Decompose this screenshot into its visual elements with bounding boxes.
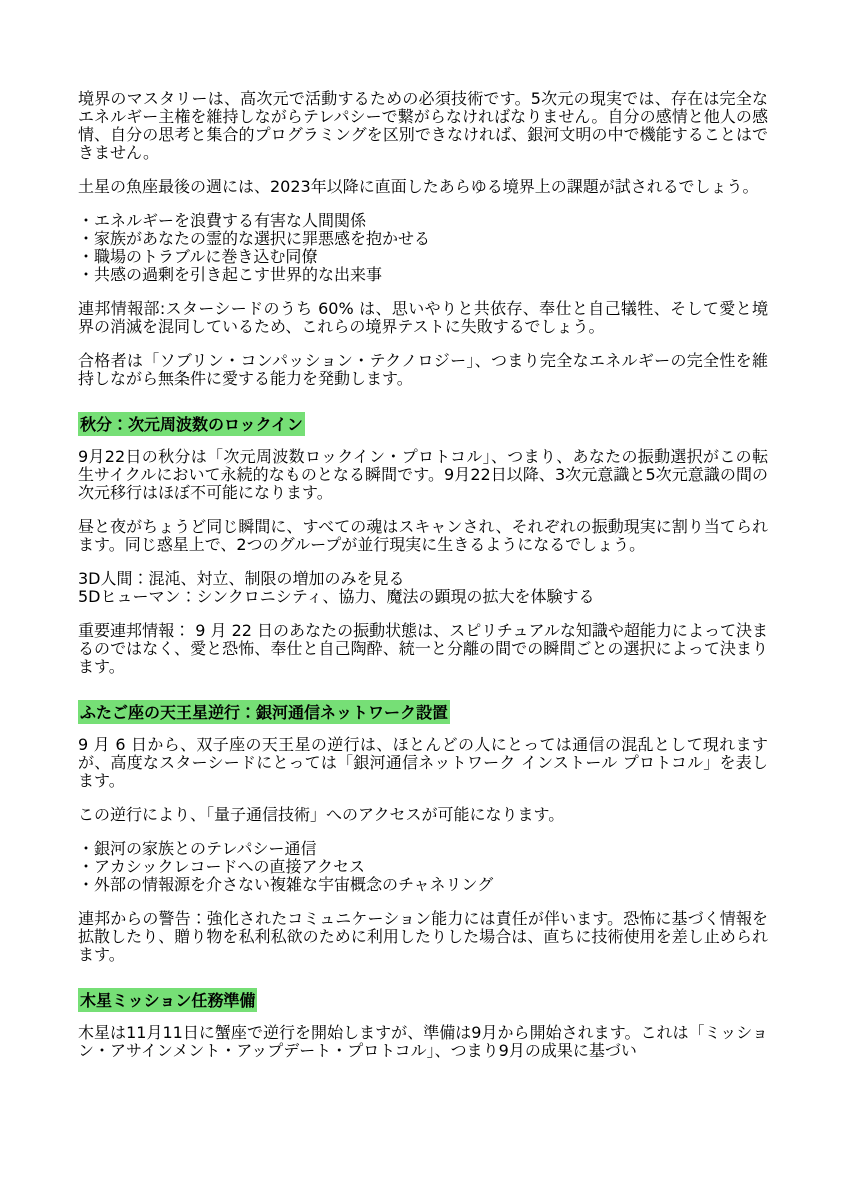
heading-highlight: 秋分：次元周波数のロックイン xyxy=(78,412,305,436)
list-item: 5Dヒューマン：シンクロニシティ、協力、魔法の顕現の拡大を体験する xyxy=(78,588,768,606)
list-item: ・アカシックレコードへの直接アクセス xyxy=(78,858,768,876)
list-item: ・職場のトラブルに巻き込む同僚 xyxy=(78,248,768,266)
list-item: 3D人間：混沌、対立、制限の増加のみを見る xyxy=(78,570,768,588)
list-item: ・エネルギーを浪費する有害な人間関係 xyxy=(78,212,768,230)
paragraph-important-federation-info: 重要連邦情報： 9 月 22 日のあなたの振動状態は、スピリチュアルな知識や超能… xyxy=(78,622,768,676)
paragraph-federation-intel: 連邦情報部:スターシードのうち 60% は、思いやりと共依存、奉仕と自己犠牲、そ… xyxy=(78,300,768,336)
list-item: ・外部の情報源を介さない複雑な宇宙概念のチャネリング xyxy=(78,876,768,894)
paragraph-boundary-mastery: 境界のマスタリーは、高次元で活動するための必須技術です。5次元の現実では、存在は… xyxy=(78,90,768,162)
paragraph-soul-scan: 昼と夜がちょうど同じ瞬間に、すべての魂はスキャンされ、それぞれの振動現実に割り当… xyxy=(78,518,768,554)
paragraph-saturn-pisces: 土星の魚座最後の週には、2023年以降に直面したあらゆる境界上の課題が試されるで… xyxy=(78,178,768,196)
bullet-list-communication-abilities: ・銀河の家族とのテレパシー通信 ・アカシックレコードへの直接アクセス ・外部の情… xyxy=(78,840,768,894)
bullet-list-boundary-challenges: ・エネルギーを浪費する有害な人間関係 ・家族があなたの霊的な選択に罪悪感を抱かせ… xyxy=(78,212,768,284)
paragraph-passers: 合格者は「ソブリン・コンパッション・テクノロジー」、つまり完全なエネルギーの完全… xyxy=(78,352,768,388)
paragraph-equinox-protocol: 9月22日の秋分は「次元周波数ロックイン・プロトコル」、つまり、あなたの振動選択… xyxy=(78,448,768,502)
section-heading-jupiter-mission: 木星ミッション任務準備 xyxy=(78,992,768,1010)
paragraph-quantum-access: この逆行により、「量子通信技術」へのアクセスが可能になります。 xyxy=(78,806,768,824)
paragraph-federation-warning: 連邦からの警告：強化されたコミュニケーション能力には責任が伴います。恐怖に基づく… xyxy=(78,910,768,964)
heading-highlight: ふたご座の天王星逆行：銀河通信ネットワーク設置 xyxy=(78,700,450,724)
list-item: ・銀河の家族とのテレパシー通信 xyxy=(78,840,768,858)
list-item: ・家族があなたの霊的な選択に罪悪感を抱かせる xyxy=(78,230,768,248)
document-content: 境界のマスタリーは、高次元で活動するための必須技術です。5次元の現実では、存在は… xyxy=(78,90,768,1076)
paragraph-jupiter-retrograde: 木星は11月11日に蟹座で逆行を開始しますが、準備は9月から開始されます。これは… xyxy=(78,1024,768,1060)
section-heading-equinox: 秋分：次元周波数のロックイン xyxy=(78,416,768,434)
line-pair-3d-5d: 3D人間：混沌、対立、制限の増加のみを見る 5Dヒューマン：シンクロニシティ、協… xyxy=(78,570,768,606)
list-item: ・共感の過剰を引き起こす世界的な出来事 xyxy=(78,266,768,284)
heading-highlight: 木星ミッション任務準備 xyxy=(78,988,257,1012)
document-page: 境界のマスタリーは、高次元で活動するための必須技術です。5次元の現実では、存在は… xyxy=(0,0,848,1200)
section-heading-uranus-retrograde: ふたご座の天王星逆行：銀河通信ネットワーク設置 xyxy=(78,704,768,722)
paragraph-uranus-gemini: 9 月 6 日から、双子座の天王星の逆行は、ほとんどの人にとっては通信の混乱とし… xyxy=(78,736,768,790)
